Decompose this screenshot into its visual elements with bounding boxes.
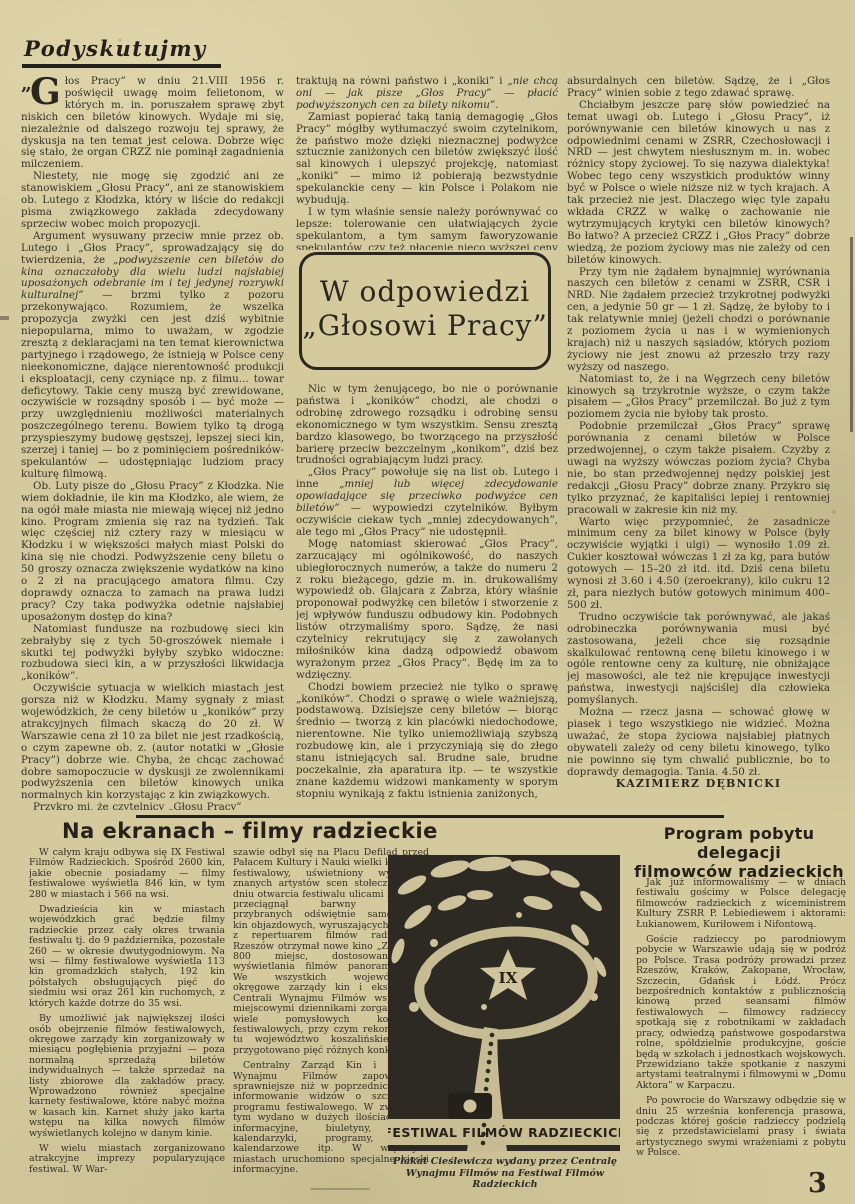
paragraph: traktują na równi państwo i „koniki” i „… <box>296 76 558 112</box>
article-column-2-bottom: Nic w tym żenującego, bo nie o porównani… <box>296 384 558 808</box>
scan-artifact <box>310 1188 370 1190</box>
paragraph: Jak już informowaliśmy — w dniach festiw… <box>636 878 846 930</box>
page-number: 3 <box>808 1168 827 1199</box>
reply-box-title-line1: W odpowiedzi <box>302 275 548 309</box>
paragraph: Argument wysuwany przeciw mnie przez ob.… <box>21 231 284 481</box>
section-kicker: Podyskutujmy <box>22 36 221 68</box>
newspaper-page: Podyskutujmy „Głos Pracy” w dniu 21.VIII… <box>0 0 855 1204</box>
screens-section-headline: Na ekranach – filmy radzieckie <box>62 819 438 843</box>
scan-artifact <box>0 316 9 320</box>
paragraph: W całym kraju odbywa się IX Festiwal Fil… <box>29 848 225 900</box>
paragraph: Przy tym nie żądałem bynajmniej wyrównan… <box>567 267 830 374</box>
paragraph: Nic w tym żenującego, bo nie o porównani… <box>296 384 558 467</box>
paragraph: By umożliwić jak największej ilości osób… <box>29 1014 225 1139</box>
article-column-1: „Głos Pracy” w dniu 21.VIII 1956 r. pośw… <box>21 76 284 810</box>
paragraph: Goście radzieccy po parodniowym pobycie … <box>636 935 846 1091</box>
festival-poster-graphic: IX FESTIWAL FILMÓW RADZIECKICH <box>388 855 620 1151</box>
program-headline: Program pobytu delegacji filmowców radzi… <box>630 824 848 881</box>
paragraph: Ob. Luty pisze do „Głosu Pracy” z Kłodzk… <box>21 481 284 624</box>
paragraph: I w tym właśnie sensie należy porównywać… <box>296 207 558 250</box>
festival-poster-image: IX FESTIWAL FILMÓW RADZIECKICH <box>388 855 620 1151</box>
paragraph: absurdalnych cen biletów. Sądzę, że i „G… <box>567 76 830 100</box>
paragraph: Warto więc przypomnieć, że zasadnicze mi… <box>567 517 830 612</box>
paragraph: Niestety, nie mogę się zgodzić ani ze st… <box>21 171 284 231</box>
article-column-3: absurdalnych cen biletów. Sądzę, że i „G… <box>567 76 830 816</box>
poster-edition-number: IX <box>499 969 518 987</box>
article-byline: KAZIMIERZ DĘBNICKI <box>567 778 830 790</box>
section-kicker-label: Podyskutujmy <box>24 36 207 61</box>
paragraph: W wielu miastach zorganizowano atrakcyjn… <box>29 1144 225 1175</box>
paragraph: Chodzi bowiem przecież nie tylko o spraw… <box>296 682 558 801</box>
poster-caption: Plakat Cieślewicza wydany przez Centralę… <box>386 1156 624 1191</box>
program-headline-line1: Program pobytu delegacji <box>630 824 848 862</box>
paragraph: Natomiast to, że i na Węgrzech ceny bile… <box>567 374 830 422</box>
drop-cap-letter: G <box>30 76 61 113</box>
paragraph: Chciałbym jeszcze parę słów powiedzieć n… <box>567 100 830 267</box>
paragraph: Przykro mi, że czytelnicy „Głosu Pracy” <box>21 802 284 810</box>
poster-band-title: FESTIWAL FILMÓW RADZIECKICH <box>388 1125 620 1140</box>
paragraph: Trudno oczywiście tak porównywać, ale ja… <box>567 612 830 707</box>
screens-column-1: W całym kraju odbywa się IX Festiwal Fil… <box>29 848 225 1200</box>
open-quote: „ <box>21 76 30 95</box>
paragraph: Można — rzecz jasna — schować głowę w pi… <box>567 707 830 778</box>
paragraph: „Głos Pracy” w dniu 21.VIII 1956 r. pośw… <box>21 76 284 171</box>
paragraph: Oczywiście sytuacja w wielkich miastach … <box>21 683 284 802</box>
paragraph: Mogę natomiast skierować „Głos Pracy”, z… <box>296 539 558 682</box>
paragraph: Podobnie przemilczał „Głos Pracy” sprawę… <box>567 421 830 516</box>
text-run: traktują na równi państwo i „koniki” i <box>296 76 507 87</box>
film-frame-icon <box>448 1093 492 1119</box>
article-column-2-top: traktują na równi państwo i „koniki” i „… <box>296 76 558 250</box>
text-run: — brzmi tylko z pozoru przekonywająco. R… <box>21 289 284 480</box>
drop-cap: „G <box>21 76 65 108</box>
paragraph: Zamiast popierać taką tanią demagogię „G… <box>296 112 558 207</box>
paragraph: Dwadzieścia kin w miastach wojewódzkich … <box>29 905 225 1009</box>
reply-box-title-line2: „Głosowi Pracy” <box>302 309 548 343</box>
paragraph: „Głos Pracy” powołuje się na list ob. Lu… <box>296 467 558 538</box>
reply-box-title: W odpowiedzi „Głosowi Pracy” <box>299 252 551 370</box>
program-column: Jak już informowaliśmy — w dniach festiw… <box>636 878 846 1200</box>
section-divider-rule <box>136 815 724 818</box>
paragraph: Natomiast fundusze na rozbudowę sieci ki… <box>21 624 284 684</box>
paragraph: Po powrocie do Warszawy odbędzie się w d… <box>636 1096 846 1158</box>
scan-artifact <box>850 237 853 432</box>
